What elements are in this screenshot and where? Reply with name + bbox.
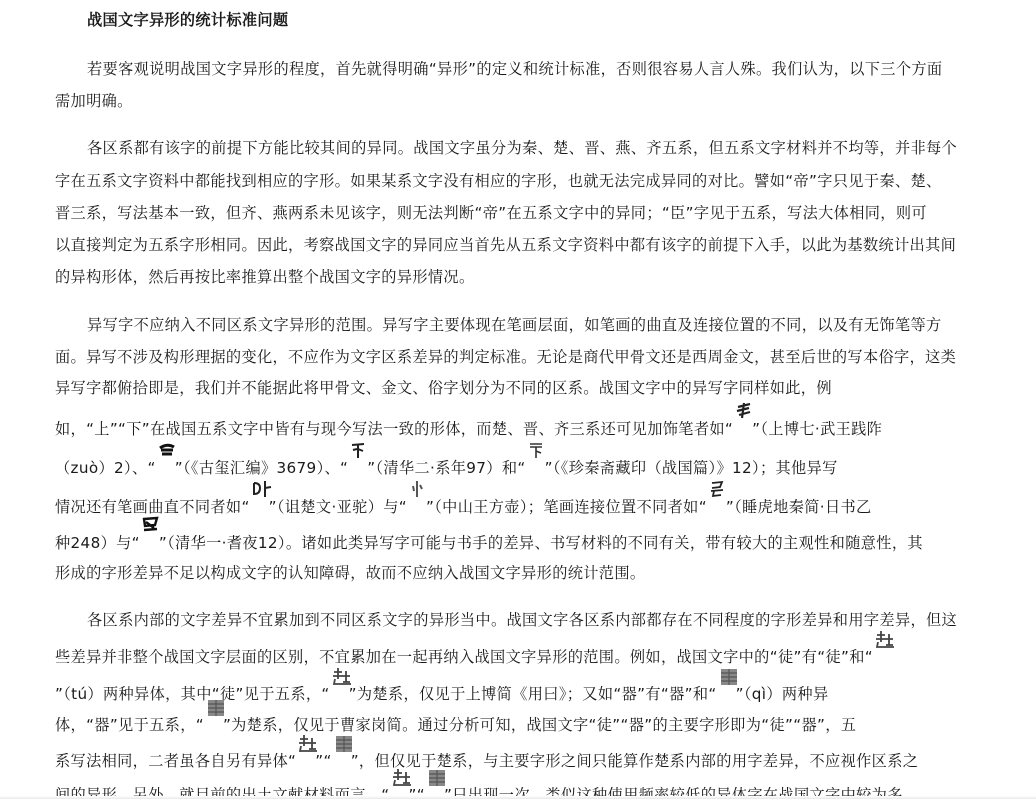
paragraph-line: 异写字都俯拾即是，我们并不能据此将甲骨文、金文、俗字划分为不同的区系。战国文字中… bbox=[55, 378, 832, 398]
shang-decorated-glyph-icon bbox=[734, 416, 751, 434]
qi-variant-glyph-icon bbox=[718, 681, 735, 699]
paragraph-line: 面。异写不涉及构形理据的变化，不应作为文字区系差异的判定标准。无论是商代甲骨文还… bbox=[55, 347, 956, 367]
paragraph-line: 情况还有笔画曲直不同者如“”（诅楚文·亚驼）与“”（中山王方壶）；笔画连接位置不… bbox=[55, 494, 872, 517]
paragraph-line: 晋三系，写法基本一致，但齐、燕两系未见该字，则无法判断“帝”在五系文字中的异同；… bbox=[55, 203, 927, 223]
tu-variant-glyph-icon bbox=[297, 748, 314, 766]
paragraph-line: 各区系内部的文字差异不宜累加到不同区系文字的异形当中。战国文字各区系内部都存在不… bbox=[87, 610, 957, 630]
paragraph-line: 以直接判定为五系字形相同。因此，考察战国文字的异同应当首先从五系文字资料中都有该… bbox=[55, 235, 956, 255]
shang-seal-glyph-icon bbox=[157, 455, 174, 473]
connected-stroke-glyph-a-icon bbox=[708, 494, 725, 512]
curved-stroke-glyph-icon bbox=[251, 494, 268, 512]
paragraph-line: （zuò）2）、“”（《古玺汇编》3679）、“”（清华二·系年97）和“”（《… bbox=[55, 455, 838, 478]
paragraph-line: 若要客观说明战国文字异形的程度，首先就得明确“异形”的定义和统计标准，否则很容易… bbox=[87, 59, 942, 79]
paragraph-line: 异写字不应纳入不同区系文字异形的范围。异写字主要体现在笔画层面，如笔画的曲直及连… bbox=[87, 315, 942, 335]
connected-stroke-glyph-b-icon bbox=[141, 530, 158, 548]
paragraph-line: 如，“上”“下”在战国五系文字中皆有与现今写法一致的形体，而楚、晋、齐三系还可见… bbox=[55, 416, 882, 439]
xia-qinghua-glyph-icon bbox=[349, 455, 366, 473]
paragraph-line: ”（tú）两种异体，其中“徒”见于五系，“”为楚系，仅见于上博简《用曰》；又如“… bbox=[55, 681, 829, 704]
paragraph-line: 需加明确。 bbox=[55, 91, 133, 111]
straight-stroke-glyph-icon bbox=[408, 494, 425, 512]
paragraph-line: 的异构形体，然后再按比率推算出整个战国文字的异形情况。 bbox=[55, 267, 475, 287]
paragraph-line: 种248）与“”（清华一·耆夜12）。诸如此类异写字可能与书手的差异、书写材料的… bbox=[55, 530, 923, 553]
paragraph-line: 字在五系文字资料中都能找到相应的字形。如果某系文字没有相应的字形，也就无法完成异… bbox=[55, 171, 942, 191]
qi-variant-glyph-icon bbox=[205, 712, 222, 730]
qi-variant-glyph-icon bbox=[333, 748, 350, 766]
xia-seal-glyph-icon bbox=[527, 455, 544, 473]
tu-variant-glyph-icon bbox=[874, 644, 891, 662]
paragraph-line: 形成的字形差异不足以构成文字的认知障碍，故而不应纳入战国文字异形的统计范围。 bbox=[55, 563, 645, 583]
tu-variant-glyph-icon bbox=[331, 681, 348, 699]
paragraph-line: 系写法相同，二者虽各自另有异体“”“”，但仅见于楚系，与主要字形之间只能算作楚系… bbox=[55, 748, 918, 771]
paragraph-line: 各区系都有该字的前提下方能比较其间的异同。战国文字虽分为秦、楚、晋、燕、齐五系，… bbox=[87, 138, 957, 158]
document-page: 战国文字异形的统计标准问题 若要客观说明战国文字异形的程度，首先就得明确“异形”… bbox=[0, 0, 1036, 799]
section-title: 战国文字异形的统计标准问题 bbox=[87, 9, 288, 30]
paragraph-line: 体，“器”见于五系，“”为楚系，仅见于曹家岗简。通过分析可知，战国文字“徒”“器… bbox=[55, 712, 856, 735]
paragraph-line: 些差异并非整个战国文字层面的区别，不宜累加在一起再纳入战国文字异形的范围。例如，… bbox=[55, 644, 892, 667]
